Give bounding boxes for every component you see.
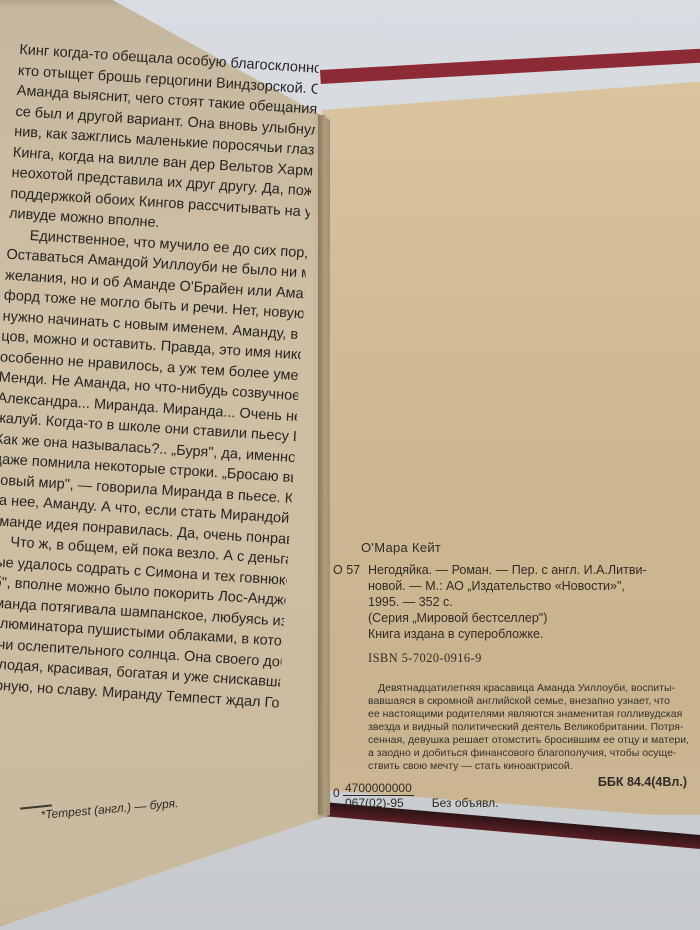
- bibliographic-entry: Негодяйка. — Роман. — Пер. с англ. И.А.Л…: [368, 562, 695, 642]
- book-gutter: [318, 115, 326, 815]
- entry-line: (Серия „Мировой бестселлер"): [368, 610, 695, 626]
- annotation-line: Девятнадцатилетняя красавица Аманда Уилл…: [368, 682, 695, 695]
- entry-line: 1995. — 352 с.: [368, 594, 695, 610]
- annotation-line: ствить свою мечту — стать киноактрисой.: [368, 760, 695, 773]
- entry-line: Книга издана в суперобложке.: [368, 626, 695, 642]
- annotation-line: звезда и видный политический деятель Вел…: [368, 721, 695, 734]
- catalog-code: О 57: [333, 562, 368, 642]
- annotation-line: а заодно и добиться финансового благопол…: [368, 747, 695, 760]
- index-fraction: 4700000000 067(02)-95: [343, 781, 414, 810]
- book-annotation: Девятнадцатилетняя красавица Аманда Уилл…: [333, 682, 695, 773]
- catalog-entry: О 57 Негодяйка. — Роман. — Пер. с англ. …: [333, 562, 695, 642]
- paragraph-1: Кинг когда-то обещала особую благосклонн…: [8, 40, 319, 243]
- paragraph-3: Что ж, в общем, ей пока везло. А с деньг…: [0, 531, 289, 714]
- bbk-code: ББК 84.4(4Вл.): [598, 774, 687, 790]
- entry-line: Негодяйка. — Роман. — Пер. с англ. И.А.Л…: [368, 562, 695, 578]
- annotation-line: ее настоящими родителями являются знамен…: [368, 708, 695, 721]
- book-photo: Кинг когда-то обещала особую благосклонн…: [0, 0, 700, 930]
- paragraph-2: Единственное, что мучило ее до сих пор, …: [0, 224, 308, 550]
- entry-line: новой. — М.: АО „Издательство «Новости»"…: [368, 578, 695, 594]
- left-page-text: Кинг когда-то обещала особую благосклонн…: [0, 40, 319, 714]
- annotation-line: вавшаяся в скромной английской семье, вн…: [368, 695, 695, 708]
- index-numerator: 4700000000: [343, 781, 414, 796]
- author-name: О'Мара Кейт: [333, 540, 695, 556]
- imprint-block: О'Мара Кейт О 57 Негодяйка. — Роман. — П…: [333, 540, 695, 811]
- index-prefix: 0: [333, 785, 343, 801]
- book-cover-edge-top: [320, 48, 700, 84]
- no-ads-note: Без объявл.: [432, 795, 499, 811]
- index-denominator: 067(02)-95: [343, 796, 414, 810]
- isbn: ISBN 5-7020-0916-9: [333, 650, 695, 666]
- annotation-line: сенная, девушка решает отомстить бросивш…: [368, 734, 695, 747]
